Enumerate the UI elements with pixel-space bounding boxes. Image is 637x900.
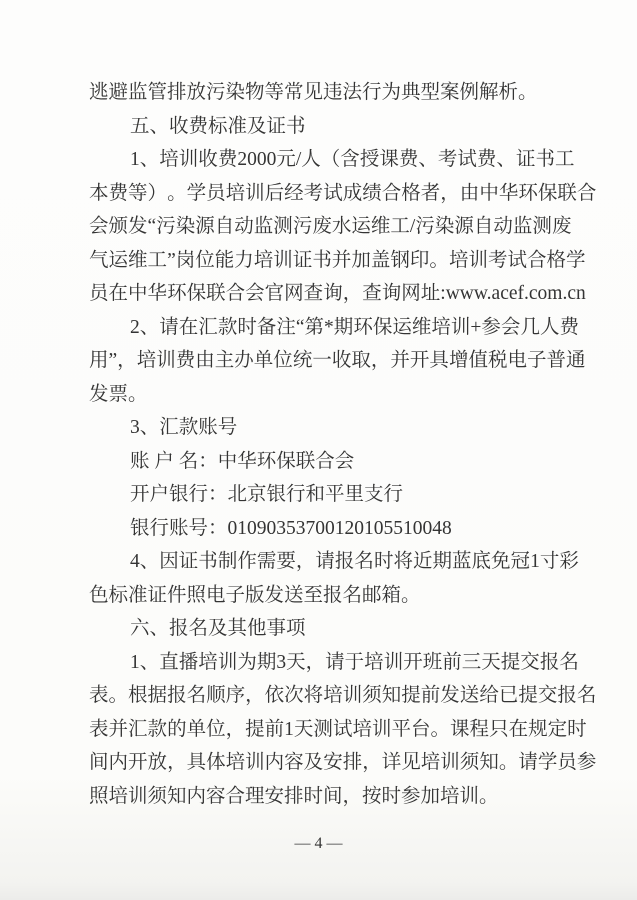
text-line: 五、收费标准及证书 [89,110,551,144]
text-line: 发票。 [89,378,551,412]
text-line: 3、汇款账号 [89,411,551,445]
text-line: 间内开放，具体培训内容及安排，详见培训须知。请学员参 [89,746,551,780]
text-line: 气运维工”岗位能力培训证书并加盖钢印。培训考试合格学 [89,244,551,278]
text-line: 1、直播培训为期3天，请于培训开班前三天提交报名 [89,646,551,680]
text-line: 表并汇款的单位，提前1天测试培训平台。课程只在规定时 [89,713,551,747]
text-line: 开户银行：北京银行和平里支行 [89,478,551,512]
text-line: 用”，培训费由主办单位统一收取，并开具增值税电子普通 [89,344,551,378]
text-line: 逃避监管排放污染物等常见违法行为典型案例解析。 [89,76,551,110]
page-number: — 4 — [0,835,637,853]
text-line: 会颁发“污染源自动监测污废水运维工/污染源自动监测废 [89,210,551,244]
text-line: 本费等）。学员培训后经考试成绩合格者，由中华环保联合 [89,177,551,211]
text-line: 色标准证件照电子版发送至报名邮箱。 [89,579,551,613]
text-line: 照培训须知内容合理安排时间，按时参加培训。 [89,780,551,814]
text-line: 4、因证书制作需要，请报名时将近期蓝底免冠1寸彩 [89,545,551,579]
text-line: 2、请在汇款时备注“第*期环保运维培训+参会几人费 [89,311,551,345]
text-line: 银行账号：01090353700120105510048 [89,512,551,546]
text-line: 账 户 名：中华环保联合会 [89,445,551,479]
text-line: 员在中华环保联合会官网查询，查询网址:www.acef.com.cn [89,277,551,311]
text-line: 六、报名及其他事项 [89,612,551,646]
document-body: 逃避监管排放污染物等常见违法行为典型案例解析。五、收费标准及证书1、培训收费20… [89,76,551,813]
text-line: 1、培训收费2000元/人（含授课费、考试费、证书工 [89,143,551,177]
document-page: 逃避监管排放污染物等常见违法行为典型案例解析。五、收费标准及证书1、培训收费20… [0,0,637,900]
text-line: 表。根据报名顺序，依次将培训须知提前发送给已提交报名 [89,679,551,713]
